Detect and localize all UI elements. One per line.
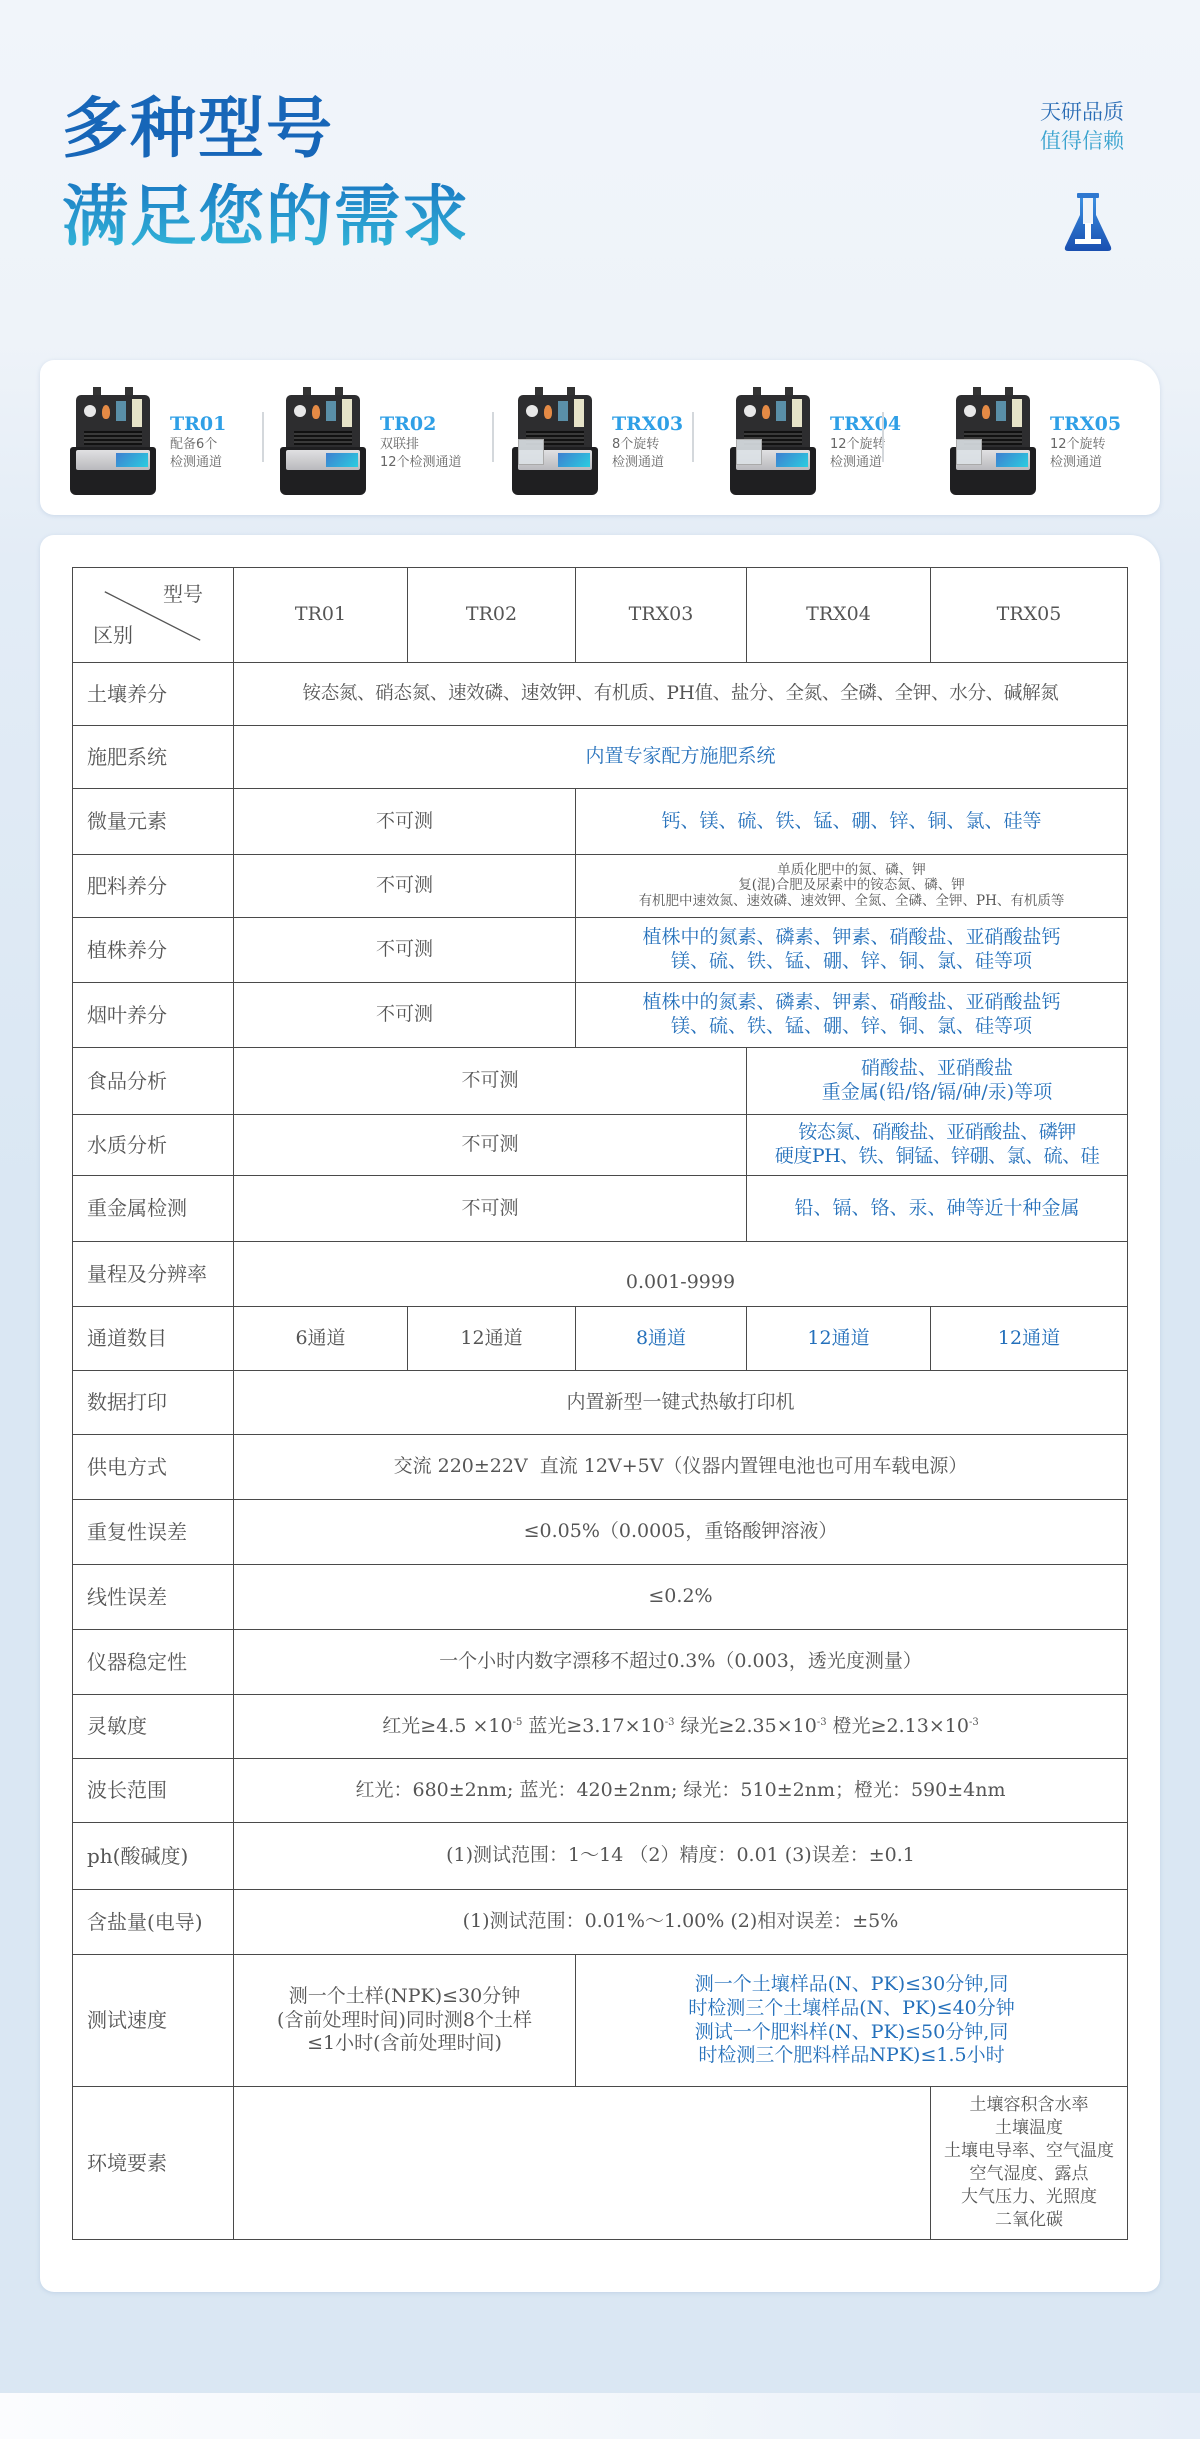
cell-line: 镁、硫、铁、锰、硼、锌、铜、氯、硅等项 <box>578 1015 1125 1039</box>
cell-value: 12通道 <box>408 1307 576 1371</box>
cell-value: 一个小时内数字漂移不超过0.3%（0.003，透光度测量） <box>234 1630 1128 1695</box>
table-row-power: 供电方式 交流 220±22V 直流 12V+5V（仪器内置锂电池也可用车载电源… <box>73 1435 1128 1500</box>
cell-value: 内置新型一键式热敏打印机 <box>234 1371 1128 1435</box>
device-image <box>948 387 1038 497</box>
row-label: 波长范围 <box>73 1759 234 1823</box>
sensitivity-orange: 橙光≥2.13×10 <box>827 1715 969 1737</box>
table-row-repeatability: 重复性误差 ≤0.05%（0.0005，重铬酸钾溶液） <box>73 1500 1128 1565</box>
row-label: 仪器稳定性 <box>73 1630 234 1695</box>
slogan-line2: 值得信赖 <box>1040 127 1124 156</box>
model-desc-line2: 检测通道 <box>170 454 226 472</box>
spec-table: 型号 区别 TR01 TR02 TRX03 TRX04 TRX05 土壤养分 铵… <box>72 567 1128 2240</box>
cell-value: 铵态氮、硝酸盐、亚硝酸盐、磷钾 硬度PH、铁、铜锰、锌硼、氯、硫、硅 <box>747 1115 1128 1176</box>
model-desc-line1: 8个旋转 <box>612 436 683 454</box>
cell-value: 交流 220±22V 直流 12V+5V（仪器内置锂电池也可用车载电源） <box>234 1435 1128 1500</box>
model-item-tr01[interactable]: TR01 配备6个 检测通道 <box>68 382 226 502</box>
model-name: TR02 <box>380 412 462 436</box>
row-label: 施肥系统 <box>73 726 234 789</box>
cell-value: 0.001-9999 <box>234 1242 1128 1307</box>
row-label: 通道数目 <box>73 1307 234 1371</box>
table-row-fertilize-system: 施肥系统 内置专家配方施肥系统 <box>73 726 1128 789</box>
cell-value: 硝酸盐、亚硝酸盐 重金属(铅/铬/镉/砷/汞)等项 <box>747 1048 1128 1115</box>
cell-not-measurable: 不可测 <box>234 1048 747 1115</box>
cell-value: 内置专家配方施肥系统 <box>234 726 1128 789</box>
cell-line: 土壤温度 <box>933 2117 1125 2140</box>
models-card: TR01 配备6个 检测通道 TR02 双联排 12个检测通道 TRX03 8个… <box>40 360 1160 515</box>
cell-value: 6通道 <box>234 1307 408 1371</box>
model-desc-line1: 配备6个 <box>170 436 226 454</box>
row-label: 烟叶养分 <box>73 983 234 1048</box>
row-label: 含盐量(电导) <box>73 1890 234 1955</box>
table-row-trace-elements: 微量元素 不可测 钙、镁、硫、铁、锰、硼、锌、铜、氯、硅等 <box>73 789 1128 855</box>
row-label: 数据打印 <box>73 1371 234 1435</box>
model-name: TRX03 <box>612 412 683 436</box>
cell-empty <box>234 2087 931 2240</box>
cell-line: 重金属(铅/铬/镉/砷/汞)等项 <box>749 1081 1125 1105</box>
cell-line: 植株中的氮素、磷素、钾素、硝酸盐、亚硝酸盐钙 <box>578 926 1125 950</box>
device-image <box>278 387 368 497</box>
footer-band <box>0 2393 1200 2439</box>
cell-value: 铵态氮、硝态氮、速效磷、速效钾、有机质、PH值、盐分、全氮、全磷、全钾、水分、碱… <box>234 663 1128 726</box>
model-item-trx04[interactable]: TRX04 12个旋转 检测通道 <box>728 382 901 502</box>
row-label: 灵敏度 <box>73 1695 234 1759</box>
table-row-fertilizer: 肥料养分 不可测 单质化肥中的氮、磷、钾 复(混)合肥及尿素中的铵态氮、磷、钾 … <box>73 855 1128 918</box>
table-row-channels: 通道数目 6通道 12通道 8通道 12通道 12通道 <box>73 1307 1128 1371</box>
cell-not-measurable: 不可测 <box>234 855 576 918</box>
corner-model-label: 型号 <box>163 582 203 607</box>
row-label: 重复性误差 <box>73 1500 234 1565</box>
cell-line: 空气湿度、露点 <box>933 2163 1125 2186</box>
table-row-food: 食品分析 不可测 硝酸盐、亚硝酸盐 重金属(铅/铬/镉/砷/汞)等项 <box>73 1048 1128 1115</box>
cell-value: 植株中的氮素、磷素、钾素、硝酸盐、亚硝酸盐钙 镁、硫、铁、锰、硼、锌、铜、氯、硅… <box>576 918 1128 983</box>
cell-line: 单质化肥中的氮、磷、钾 <box>578 863 1125 879</box>
row-label: 供电方式 <box>73 1435 234 1500</box>
cell-line: 大气压力、光照度 <box>933 2186 1125 2209</box>
cell-line: 时检测三个肥料样品NPK)≤1.5小时 <box>578 2044 1125 2068</box>
corner-category-label: 区别 <box>93 623 133 648</box>
sensitivity-red: 红光≥4.5 ×10 <box>382 1715 512 1737</box>
model-item-trx03[interactable]: TRX03 8个旋转 检测通道 <box>510 382 683 502</box>
cell-line: 土壤电导率、空气温度 <box>933 2140 1125 2163</box>
hero-title-line1: 多种型号 <box>62 95 334 161</box>
model-item-trx05[interactable]: TRX05 12个旋转 检测通道 <box>948 382 1121 502</box>
cell-line: 测一个土壤样品(N、PK)≤30分钟,同 <box>578 1973 1125 1997</box>
table-row-salinity: 含盐量(电导) (1)测试范围：0.01%～1.00% (2)相对误差：±5% <box>73 1890 1128 1955</box>
cell-value: 钙、镁、硫、铁、锰、硼、锌、铜、氯、硅等 <box>576 789 1128 855</box>
device-image <box>510 387 600 497</box>
model-name: TRX05 <box>1050 412 1121 436</box>
model-desc-line2: 12个检测通道 <box>380 454 462 472</box>
row-label: 土壤养分 <box>73 663 234 726</box>
model-item-tr02[interactable]: TR02 双联排 12个检测通道 <box>278 382 462 502</box>
cell-value: 铅、镉、铬、汞、砷等近十种金属 <box>747 1176 1128 1242</box>
cell-value: 红光≥4.5 ×10-5 蓝光≥3.17×10-3 绿光≥2.35×10-3 橙… <box>234 1695 1128 1759</box>
cell-line: 测试一个肥料样(N、PK)≤50分钟,同 <box>578 2021 1125 2045</box>
table-row-wavelength: 波长范围 红光：680±2nm; 蓝光：420±2nm; 绿光：510±2nm；… <box>73 1759 1128 1823</box>
cell-not-measurable: 不可测 <box>234 983 576 1048</box>
table-row-test-speed: 测试速度 测一个土样(NPK)≤30分钟 (含前处理时间)同时测8个土样 ≤1小… <box>73 1955 1128 2087</box>
cell-value: ≤0.2% <box>234 1565 1128 1630</box>
table-row-soil: 土壤养分 铵态氮、硝态氮、速效磷、速效钾、有机质、PH值、盐分、全氮、全磷、全钾… <box>73 663 1128 726</box>
cell-line: 复(混)合肥及尿素中的铵态氮、磷、钾 <box>578 878 1125 894</box>
spec-table-card: 型号 区别 TR01 TR02 TRX03 TRX04 TRX05 土壤养分 铵… <box>40 535 1160 2292</box>
model-desc-line1: 12个旋转 <box>830 436 901 454</box>
cell-value: 单质化肥中的氮、磷、钾 复(混)合肥及尿素中的铵态氮、磷、钾 有机肥中速效氮、速… <box>576 855 1128 918</box>
hero-banner: 多种型号 满足您的需求 天研品质 值得信赖 <box>0 0 1200 350</box>
cell-value: 测一个土壤样品(N、PK)≤30分钟,同 时检测三个土壤样品(N、PK)≤40分… <box>576 1955 1128 2087</box>
model-desc-line2: 检测通道 <box>1050 454 1121 472</box>
cell-line: 铵态氮、硝酸盐、亚硝酸盐、磷钾 <box>749 1121 1125 1145</box>
model-desc-line2: 检测通道 <box>830 454 901 472</box>
cell-value: ≤0.05%（0.0005，重铬酸钾溶液） <box>234 1500 1128 1565</box>
cell-line: 有机肥中速效氮、速效磷、速效钾、全氮、全磷、全钾、PH、有机质等 <box>578 894 1125 910</box>
hero-title-line2: 满足您的需求 <box>62 183 470 249</box>
column-header: TR01 <box>234 568 408 663</box>
table-row-tobacco: 烟叶养分 不可测 植株中的氮素、磷素、钾素、硝酸盐、亚硝酸盐钙 镁、硫、铁、锰、… <box>73 983 1128 1048</box>
exponent: -3 <box>665 1717 675 1728</box>
device-image <box>68 387 158 497</box>
row-label: 水质分析 <box>73 1115 234 1176</box>
flask-icon <box>1063 193 1113 253</box>
row-label: 线性误差 <box>73 1565 234 1630</box>
column-header: TRX04 <box>747 568 931 663</box>
cell-value: (1)测试范围：0.01%～1.00% (2)相对误差：±5% <box>234 1890 1128 1955</box>
exponent: -5 <box>513 1717 523 1728</box>
row-label: 植株养分 <box>73 918 234 983</box>
slogan: 天研品质 值得信赖 <box>1040 98 1124 156</box>
table-row-environment: 环境要素 土壤容积含水率 土壤温度 土壤电导率、空气温度 空气湿度、露点 大气压… <box>73 2087 1128 2240</box>
cell-value: 12通道 <box>931 1307 1128 1371</box>
table-row-sensitivity: 灵敏度 红光≥4.5 ×10-5 蓝光≥3.17×10-3 绿光≥2.35×10… <box>73 1695 1128 1759</box>
column-header: TRX03 <box>576 568 747 663</box>
row-label: 测试速度 <box>73 1955 234 2087</box>
cell-line: ≤1小时(含前处理时间) <box>236 2032 573 2056</box>
cell-line: 土壤容积含水率 <box>933 2094 1125 2117</box>
model-desc-line1: 12个旋转 <box>1050 436 1121 454</box>
cell-value: 红光：680±2nm; 蓝光：420±2nm; 绿光：510±2nm；橙光：59… <box>234 1759 1128 1823</box>
cell-value: 12通道 <box>747 1307 931 1371</box>
model-desc-line2: 检测通道 <box>612 454 683 472</box>
column-header: TR02 <box>408 568 576 663</box>
sensitivity-blue: 蓝光≥3.17×10 <box>522 1715 664 1737</box>
cell-line: 硝酸盐、亚硝酸盐 <box>749 1057 1125 1081</box>
row-label: 重金属检测 <box>73 1176 234 1242</box>
row-label: 量程及分辨率 <box>73 1242 234 1307</box>
row-label: ph(酸碱度) <box>73 1823 234 1890</box>
model-desc-line1: 双联排 <box>380 436 462 454</box>
cell-not-measurable: 不可测 <box>234 1115 747 1176</box>
cell-not-measurable: 不可测 <box>234 789 576 855</box>
cell-not-measurable: 不可测 <box>234 918 576 983</box>
cell-value: 土壤容积含水率 土壤温度 土壤电导率、空气温度 空气湿度、露点 大气压力、光照度… <box>931 2087 1128 2240</box>
device-image <box>728 387 818 497</box>
cell-line: 硬度PH、铁、铜锰、锌硼、氯、硫、硅 <box>749 1145 1125 1169</box>
cell-value: 8通道 <box>576 1307 747 1371</box>
row-label: 微量元素 <box>73 789 234 855</box>
exponent: -3 <box>817 1717 827 1728</box>
cell-not-measurable: 不可测 <box>234 1176 747 1242</box>
table-row-ph: ph(酸碱度) (1)测试范围：1～14 （2）精度：0.01 (3)误差：±0… <box>73 1823 1128 1890</box>
slogan-line1: 天研品质 <box>1040 98 1124 127</box>
model-name: TR01 <box>170 412 226 436</box>
corner-header: 型号 区别 <box>73 568 234 663</box>
table-row-heavy-metal: 重金属检测 不可测 铅、镉、铬、汞、砷等近十种金属 <box>73 1176 1128 1242</box>
row-label: 环境要素 <box>73 2087 234 2240</box>
table-row-print: 数据打印 内置新型一键式热敏打印机 <box>73 1371 1128 1435</box>
divider <box>492 412 494 462</box>
cell-value: 植株中的氮素、磷素、钾素、硝酸盐、亚硝酸盐钙 镁、硫、铁、锰、硼、锌、铜、氯、硅… <box>576 983 1128 1048</box>
table-row-water: 水质分析 不可测 铵态氮、硝酸盐、亚硝酸盐、磷钾 硬度PH、铁、铜锰、锌硼、氯、… <box>73 1115 1128 1176</box>
cell-line: 时检测三个土壤样品(N、PK)≤40分钟 <box>578 1997 1125 2021</box>
exponent: -3 <box>969 1717 979 1728</box>
table-row-stability: 仪器稳定性 一个小时内数字漂移不超过0.3%（0.003，透光度测量） <box>73 1630 1128 1695</box>
table-header-row: 型号 区别 TR01 TR02 TRX03 TRX04 TRX05 <box>73 568 1128 663</box>
cell-line: 镁、硫、铁、锰、硼、锌、铜、氯、硅等项 <box>578 950 1125 974</box>
divider <box>882 412 884 462</box>
cell-value: 测一个土样(NPK)≤30分钟 (含前处理时间)同时测8个土样 ≤1小时(含前处… <box>234 1955 576 2087</box>
row-label: 食品分析 <box>73 1048 234 1115</box>
cell-line: (含前处理时间)同时测8个土样 <box>236 2009 573 2033</box>
cell-value: (1)测试范围：1～14 （2）精度：0.01 (3)误差：±0.1 <box>234 1823 1128 1890</box>
column-header: TRX05 <box>931 568 1128 663</box>
row-label: 肥料养分 <box>73 855 234 918</box>
cell-line: 二氧化碳 <box>933 2209 1125 2232</box>
table-row-plant: 植株养分 不可测 植株中的氮素、磷素、钾素、硝酸盐、亚硝酸盐钙 镁、硫、铁、锰、… <box>73 918 1128 983</box>
divider <box>262 412 264 462</box>
divider <box>692 412 694 462</box>
sensitivity-green: 绿光≥2.35×10 <box>674 1715 816 1737</box>
table-row-linearity: 线性误差 ≤0.2% <box>73 1565 1128 1630</box>
cell-line: 植株中的氮素、磷素、钾素、硝酸盐、亚硝酸盐钙 <box>578 991 1125 1015</box>
table-row-range: 量程及分辨率 0.001-9999 <box>73 1242 1128 1307</box>
cell-line: 测一个土样(NPK)≤30分钟 <box>236 1985 573 2009</box>
model-name: TRX04 <box>830 412 901 436</box>
